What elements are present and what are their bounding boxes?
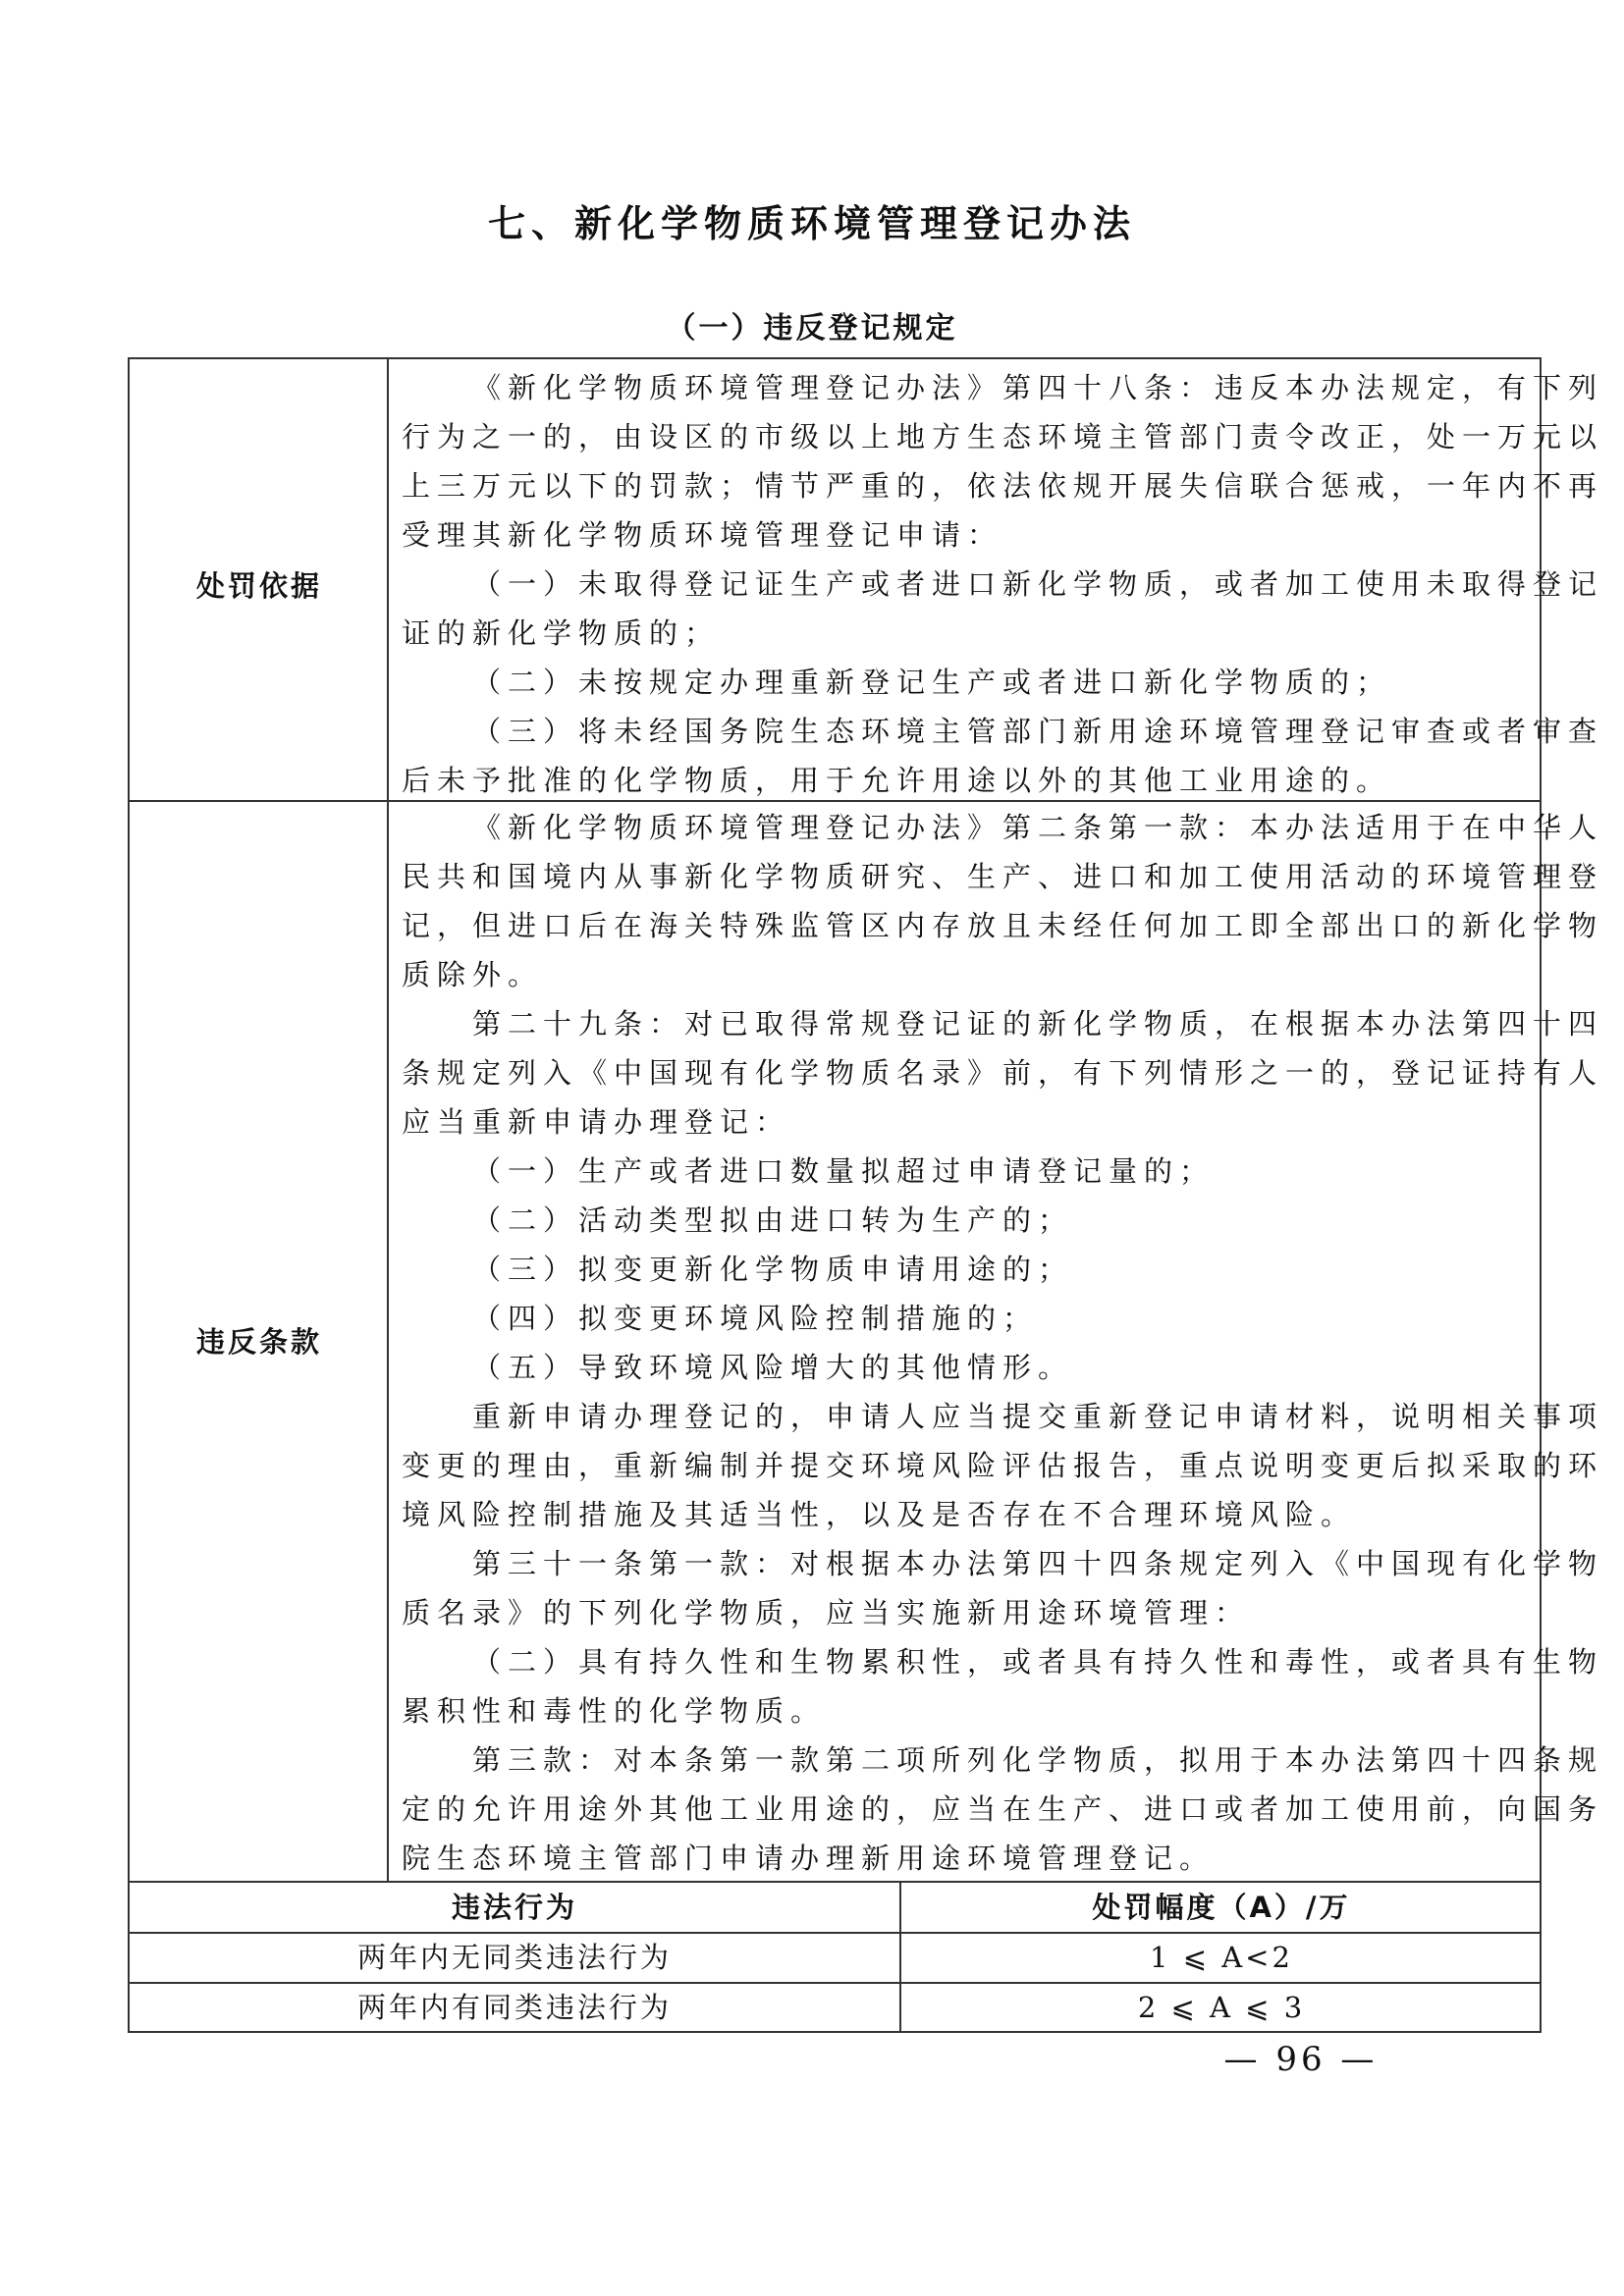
header-violation-behavior: 违法行为: [130, 1883, 899, 1933]
penalty-row-range: 1 ⩽ A<2: [901, 1933, 1542, 1983]
text-line: （三）将未经国务院生态环境主管部门新用途环境管理登记审查或者审查: [402, 707, 1541, 756]
text-line: 质名录》的下列化学物质，应当实施新用途环境管理：: [402, 1588, 1541, 1637]
text-line: 后未予批准的化学物质，用于允许用途以外的其他工业用途的。: [402, 756, 1541, 805]
text-line: 定的允许用途外其他工业用途的，应当在生产、进口或者加工使用前，向国务: [402, 1785, 1541, 1834]
penalty-row-behavior: 两年内有同类违法行为: [130, 1983, 899, 2033]
text-line: 境风险控制措施及其适当性，以及是否存在不合理环境风险。: [402, 1490, 1541, 1539]
regulation-table: 处罚依据 《新化学物质环境管理登记办法》第四十八条：违反本办法规定，有下列行为之…: [128, 357, 1542, 2033]
text-line: 条规定列入《中国现有化学物质名录》前，有下列情形之一的，登记证持有人: [402, 1048, 1541, 1097]
text-line: 上三万元以下的罚款；情节严重的，依法依规开展失信联合惩戒，一年内不再: [402, 461, 1541, 510]
page-number: — 96 —: [1178, 2038, 1424, 2081]
text-line: 民共和国境内从事新化学物质研究、生产、进口和加工使用活动的环境管理登: [402, 852, 1541, 901]
text-line: 第三款：对本条第一款第二项所列化学物质，拟用于本办法第四十四条规: [402, 1735, 1541, 1785]
header-penalty-range: 处罚幅度（A）/万: [901, 1883, 1542, 1933]
text-line: （三）拟变更新化学物质申请用途的；: [402, 1245, 1541, 1294]
penalty-basis-content: 《新化学物质环境管理登记办法》第四十八条：违反本办法规定，有下列行为之一的，由设…: [402, 363, 1541, 805]
penalty-row-behavior: 两年内无同类违法行为: [130, 1933, 899, 1983]
row-label-text: 处罚依据: [196, 566, 322, 606]
text-line: （二）活动类型拟由进口转为生产的；: [402, 1196, 1541, 1245]
row-label-penalty-basis: 处罚依据: [130, 372, 389, 800]
violated-clauses-content: 《新化学物质环境管理登记办法》第二条第一款：本办法适用于在中华人民共和国境内从事…: [402, 803, 1541, 1883]
text-line: （五）导致环境风险增大的其他情形。: [402, 1343, 1541, 1392]
text-line: 记，但进口后在海关特殊监管区内存放且未经任何加工即全部出口的新化学物: [402, 901, 1541, 950]
text-line: 第二十九条：对已取得常规登记证的新化学物质，在根据本办法第四十四: [402, 999, 1541, 1048]
text-line: 变更的理由，重新编制并提交环境风险评估报告，重点说明变更后拟采取的环: [402, 1441, 1541, 1490]
penalty-row-range: 2 ⩽ A ⩽ 3: [901, 1983, 1542, 2033]
text-line: 重新申请办理登记的，申请人应当提交重新登记申请材料，说明相关事项: [402, 1392, 1541, 1441]
text-line: 《新化学物质环境管理登记办法》第四十八条：违反本办法规定，有下列: [402, 363, 1541, 412]
section-subtitle: （一）违反登记规定: [0, 308, 1624, 349]
text-line: 累积性和毒性的化学物质。: [402, 1686, 1541, 1735]
row-label-violated-clauses: 违反条款: [130, 802, 389, 1881]
page-title: 七、新化学物质环境管理登记办法: [0, 199, 1624, 248]
text-line: （一）未取得登记证生产或者进口新化学物质，或者加工使用未取得登记: [402, 560, 1541, 609]
text-line: 应当重新申请办理登记：: [402, 1097, 1541, 1147]
text-line: 第三十一条第一款：对根据本办法第四十四条规定列入《中国现有化学物: [402, 1539, 1541, 1588]
text-line: 《新化学物质环境管理登记办法》第二条第一款：本办法适用于在中华人: [402, 803, 1541, 852]
text-line: 行为之一的，由设区的市级以上地方生态环境主管部门责令改正，处一万元以: [402, 412, 1541, 461]
text-line: 院生态环境主管部门申请办理新用途环境管理登记。: [402, 1834, 1541, 1883]
text-line: 证的新化学物质的；: [402, 609, 1541, 658]
text-line: （四）拟变更环境风险控制措施的；: [402, 1294, 1541, 1343]
text-line: （二）未按规定办理重新登记生产或者进口新化学物质的；: [402, 658, 1541, 707]
text-line: （一）生产或者进口数量拟超过申请登记量的；: [402, 1147, 1541, 1196]
text-line: 受理其新化学物质环境管理登记申请：: [402, 510, 1541, 560]
row-label-text: 违反条款: [196, 1322, 322, 1362]
text-line: 质除外。: [402, 950, 1541, 999]
text-line: （二）具有持久性和生物累积性，或者具有持久性和毒性，或者具有生物: [402, 1637, 1541, 1686]
